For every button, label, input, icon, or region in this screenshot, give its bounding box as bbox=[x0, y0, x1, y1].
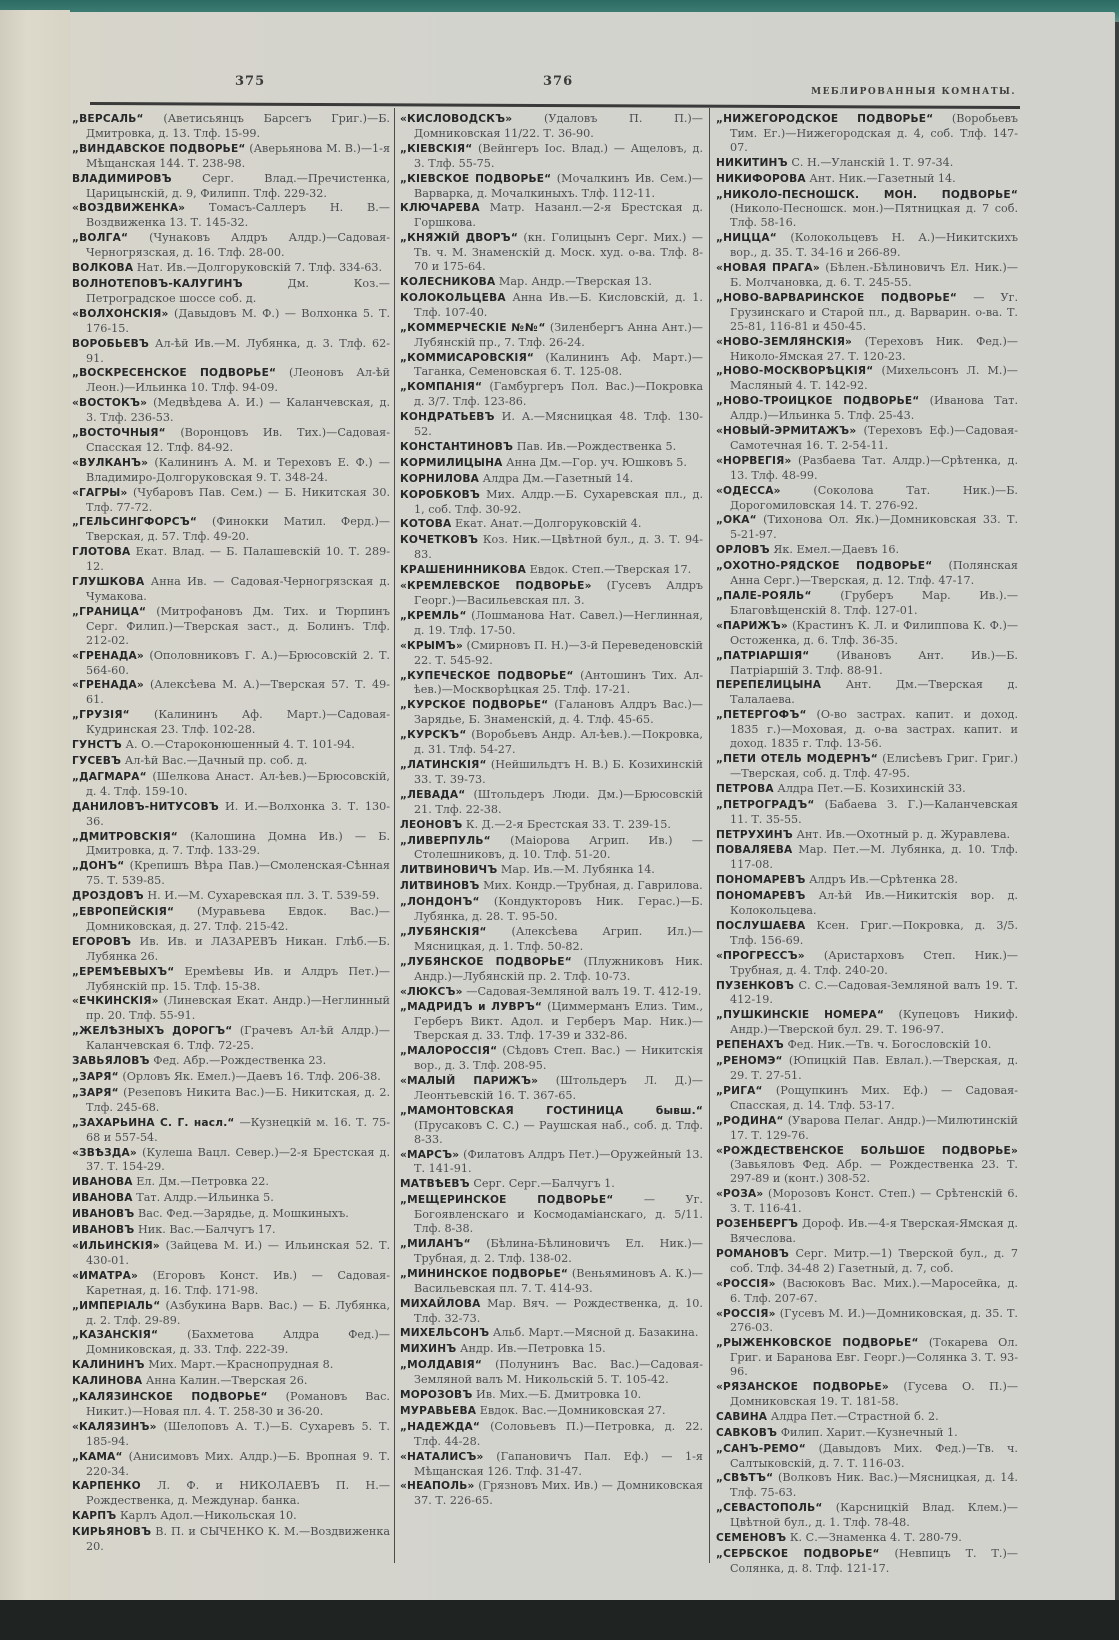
directory-entry: КАРПЪ Карлъ Адол.—Никольская 10. bbox=[72, 1509, 390, 1524]
entry-name: ЕГОРОВЪ bbox=[72, 936, 131, 948]
directory-entry: „ВИНДАВСКОЕ ПОДВОРЬЕ“ (Аверьянова М. В.)… bbox=[72, 142, 390, 171]
entry-name: „КАЛЯЗИНСКОЕ ПОДВОРЬЕ“ bbox=[72, 1391, 268, 1403]
entry-details: Анна Дм.—Гор. уч. Юшковъ 5. bbox=[506, 456, 687, 469]
directory-entry: «ИЛЬИНСКІЯ» (Зайцева М. И.) — Ильинская … bbox=[72, 1239, 390, 1268]
entry-name: ПОНОМАРЕВЪ bbox=[716, 874, 806, 886]
entry-details: (Рощупкинъ Мих. Еф.) — Садовая-Спасская,… bbox=[730, 1084, 1018, 1112]
entry-name: ПОСЛУШАЕВА bbox=[716, 920, 805, 932]
directory-entry: „ИМПЕРІАЛЬ“ (Азбукина Варв. Вас.) — Б. Л… bbox=[72, 1299, 390, 1328]
entry-details: А. О.—Староконюшенный 4. Т. 101-94. bbox=[126, 738, 355, 751]
directory-entry: РЕПЕНАХЪ Фед. Ник.—Тв. ч. Богословскій 1… bbox=[716, 1038, 1018, 1053]
directory-entry: „ЛАТИНСКІЯ“ (Нейшильдтъ Н. В.) Б. Козихи… bbox=[400, 758, 703, 787]
entry-name: НИКИФОРОВА bbox=[716, 173, 806, 185]
entry-name: ГЛОТОВА bbox=[72, 546, 130, 558]
directory-entry: „МАДРИДЪ и ЛУВРЪ“ (Циммерманъ Елиз. Тим.… bbox=[400, 1000, 703, 1043]
directory-entry: „КОМПАНІЯ“ (Гамбургеръ Пол. Вас.)—Покров… bbox=[400, 380, 703, 409]
directory-entry: НИКИФОРОВА Ант. Ник.—Газетный 14. bbox=[716, 172, 1018, 187]
entry-name: ПУЗЕНКОВЪ bbox=[716, 980, 794, 992]
entry-name: «ЕЧКИНСКІЯ» bbox=[72, 995, 159, 1007]
directory-entry: „ЛУБЯНСКІЯ“ (Алексѣева Агрип. Ил.)—Мясни… bbox=[400, 925, 703, 954]
directory-entry: СЕМЕНОВЪ К. С.—Знаменка 4. Т. 280-79. bbox=[716, 1531, 1018, 1546]
entry-details: К. С.—Знаменка 4. Т. 280-79. bbox=[790, 1531, 962, 1544]
directory-entry: „СВѢТЪ“ (Волковъ Ник. Вас.)—Мясницкая, д… bbox=[716, 1471, 1018, 1500]
entry-name: ЗАВЬЯЛОВЪ bbox=[72, 1055, 150, 1067]
entry-name: «ВОЗДВИЖЕНКА» bbox=[72, 202, 185, 214]
directory-entry: „РЕНОМЭ“ (Юпицкій Пав. Евлал.).—Тверская… bbox=[716, 1054, 1018, 1083]
entry-name: КАЛИНОВА bbox=[72, 1375, 142, 1387]
entry-name: ИВАНОВА bbox=[72, 1176, 133, 1188]
entry-name: МИХЕЛЬСОНЪ bbox=[400, 1327, 489, 1339]
directory-entry: РОЗЕНБЕРГЪ Дороф. Ив.—4-я Тверская-Ямска… bbox=[716, 1217, 1018, 1246]
entry-details: (Морозовъ Конст. Степ.) — Срѣтенскій 6. … bbox=[730, 1187, 1018, 1215]
directory-entry: ИВАНОВА Тат. Алдр.—Ильинка 5. bbox=[72, 1191, 390, 1206]
entry-details: (Завьяловъ Фед. Абр. — Рождественка 23. … bbox=[730, 1158, 1018, 1185]
directory-entry: ВОЛКОВА Нат. Ив.—Долгоруковскій 7. Тлф. … bbox=[72, 261, 390, 276]
directory-entry: КОЛЕСНИКОВА Мар. Андр.—Тверская 13. bbox=[400, 275, 703, 290]
directory-entry: «МАЛЫЙ ПАРИЖЪ» (Штольдеръ Л. Д.)—Леонтье… bbox=[400, 1074, 703, 1103]
entry-name: „ВОСТОЧНЫЯ“ bbox=[72, 427, 166, 439]
entry-name: «НОРВЕГІЯ» bbox=[716, 455, 791, 467]
entry-details: (Анисимовъ Мих. Алдр.)—Б. Вропная 9. Т. … bbox=[86, 1450, 390, 1478]
entry-name: „КОММИСАРОВСКІЯ“ bbox=[400, 352, 534, 364]
entry-name: «ОДЕССА» bbox=[716, 485, 781, 497]
directory-entry: «ГРЕНАДА» (Ополовниковъ Г. А.)—Брюсовскі… bbox=[72, 649, 390, 678]
directory-entry: ВОЛНОТЕПОВЪ-КАЛУГИНЪ Дм. Коз.—Петроградс… bbox=[72, 277, 390, 306]
entry-details: Серг. Серг.—Балчугъ 1. bbox=[473, 1177, 614, 1190]
directory-entry: „МАЛОРОССІЯ“ (Сѣдовъ Степ. Вас.) — Никит… bbox=[400, 1044, 703, 1073]
entry-name: „ГЕЛЬСИНГФОРСЪ“ bbox=[72, 516, 197, 528]
book-bottom-edge bbox=[0, 1600, 1119, 1640]
page-number-left: 375 bbox=[235, 74, 265, 89]
entry-name: „НИЖЕГОРОДСКОЕ ПОДВОРЬЕ“ bbox=[716, 113, 933, 125]
entry-details: Пав. Ив.—Рождественка 5. bbox=[517, 440, 676, 453]
directory-entry: „ЛОНДОНЪ“ (Кондукторовъ Ник. Герас.)—Б. … bbox=[400, 895, 703, 924]
entry-name: «ВУЛКАНЪ» bbox=[72, 457, 148, 469]
directory-entry: „ПАЛЕ-РОЯЛЬ“ (Груберъ Мар. Ив.).—Благовѣ… bbox=[716, 589, 1018, 618]
entry-details: Филип. Харит.—Кузнечный 1. bbox=[781, 1426, 958, 1439]
entry-name: „ПАТРІАРШІЯ“ bbox=[716, 650, 809, 662]
entry-name: «ГАГРЫ» bbox=[72, 487, 128, 499]
directory-entry: МАТВѢЕВЪ Серг. Серг.—Балчугъ 1. bbox=[400, 1177, 703, 1192]
directory-entry: «КРЫМЪ» (Смирновъ П. Н.)—3-й Переведенов… bbox=[400, 639, 703, 668]
entry-name: «ПАРИЖЪ» bbox=[716, 620, 788, 632]
entry-details: (Николо-Песношск. мон.)—Пятницкая д. 7 с… bbox=[730, 202, 1018, 229]
entry-name: ПЕТРУХИНЪ bbox=[716, 829, 793, 841]
directory-entry: „ЖЕЛѢЗНЫХЪ ДОРОГЪ“ (Грачевъ Ал-ѣй Алдр.)… bbox=[72, 1024, 390, 1053]
entry-name: ДАНИЛОВЪ-НИТУСОВЪ bbox=[72, 801, 219, 813]
entry-name: «НОВЫЙ-ЭРМИТАЖЪ» bbox=[716, 425, 856, 437]
directory-entry: ЛИТВИНОВЪ Мих. Кондр.—Трубная, д. Гаврил… bbox=[400, 879, 703, 894]
entry-name: „РЕНОМЭ“ bbox=[716, 1055, 783, 1067]
directory-entry: МИХИНЪ Андр. Ив.—Петровка 15. bbox=[400, 1342, 703, 1357]
directory-entry: «НОРВЕГІЯ» (Разбаева Тат. Алдр.)—Срѣтенк… bbox=[716, 454, 1018, 483]
entry-details: Евдок. Вас.—Домниковская 27. bbox=[480, 1404, 666, 1417]
directory-entry: „НИКОЛО-ПЕСНОШСК. МОН. ПОДВОРЬЕ“ (Николо… bbox=[716, 188, 1018, 231]
directory-entry: ПОНОМАРЕВЪ Алдръ Ив.—Срѣтенка 28. bbox=[716, 873, 1018, 888]
entry-name: «РЯЗАНСКОЕ ПОДВОРЬЕ» bbox=[716, 1381, 889, 1393]
directory-entry: ИВАНОВЪ Ник. Вас.—Балчугъ 17. bbox=[72, 1223, 390, 1238]
entry-name: «ГРЕНАДА» bbox=[72, 679, 144, 691]
directory-entry: „РЫЖЕНКОВСКОЕ ПОДВОРЬЕ“ (Токарева Ол. Гр… bbox=[716, 1336, 1018, 1379]
directory-entry: РОМАНОВЪ Серг. Митр.—1) Тверской бул., д… bbox=[716, 1247, 1018, 1276]
directory-entry: ПОНОМАРЕВЪ Ал-ѣй Ив.—Никитскія вор. д. К… bbox=[716, 889, 1018, 918]
entry-details: Ив. Ив. и ЛАЗАРЕВЪ Никан. Глѣб.—Б. Лубян… bbox=[86, 935, 390, 963]
entry-details: Фед. Абр.—Рождественка 23. bbox=[153, 1054, 326, 1067]
directory-entry: КЛЮЧАРЕВА Матр. Назанл.—2-я Брестская д.… bbox=[400, 201, 703, 230]
entry-name: ПЕТРОВА bbox=[716, 783, 774, 795]
entry-name: „ПЕТИ ОТЕЛЬ МОДЕРНЪ“ bbox=[716, 753, 878, 765]
directory-entry: «ЗВѢЗДА» (Кулеша Вацл. Север.)—2-я Брест… bbox=[72, 1146, 390, 1175]
directory-entry: КАЛИНОВА Анна Калин.—Тверская 26. bbox=[72, 1374, 390, 1389]
directory-entry: „ЗАХАРЬИНА С. Г. насл.“ —Кузнецкій м. 16… bbox=[72, 1116, 390, 1145]
directory-entry: „ПУШКИНСКІЕ НОМЕРА“ (Купецовъ Никиф. Анд… bbox=[716, 1008, 1018, 1037]
directory-entry: «ЕЧКИНСКІЯ» (Линевская Екат. Андр.)—Негл… bbox=[72, 994, 390, 1023]
directory-entry: „ГЕЛЬСИНГФОРСЪ“ (Финокки Матил. Ферд.)—Т… bbox=[72, 515, 390, 544]
column-divider bbox=[709, 108, 710, 1563]
entry-details: Як. Емел.—Даевъ 16. bbox=[773, 543, 899, 556]
entry-name: „МЕЩЕРИНСКОЕ ПОДВОРЬЕ“ bbox=[400, 1194, 614, 1206]
directory-entry: ГЛУШКОВА Анна Ив. — Садовая-Черногрязска… bbox=[72, 575, 390, 604]
entry-name: „ЛУБЯНСКІЯ“ bbox=[400, 926, 487, 938]
directory-entry: ПОВАЛЯЕВА Мар. Пет.—М. Лубянка, д. 10. Т… bbox=[716, 843, 1018, 872]
entry-name: „РОДИНА“ bbox=[716, 1115, 784, 1127]
entry-name: КОНСТАНТИНОВЪ bbox=[400, 441, 513, 453]
entry-name: КАРПЪ bbox=[72, 1510, 116, 1522]
directory-entry: „ЗАРЯ“ (Орловъ Як. Емел.)—Даевъ 16. Тлф.… bbox=[72, 1070, 390, 1085]
entry-name: „РЫЖЕНКОВСКОЕ ПОДВОРЬЕ“ bbox=[716, 1337, 919, 1349]
entry-details: (Тихонова Ол. Як.)—Домниковская 33. Т. 5… bbox=[730, 513, 1018, 541]
entry-name: „ПУШКИНСКІЕ НОМЕРА“ bbox=[716, 1009, 884, 1021]
directory-entry: КАРПЕНКО Л. Ф. и НИКОЛАЕВЪ П. Н.—Рождест… bbox=[72, 1479, 390, 1508]
entry-name: ГЛУШКОВА bbox=[72, 576, 144, 588]
entry-name: «НОВО-ЗЕМЛЯНСКІЯ» bbox=[716, 336, 852, 348]
entry-name: «ВОСТОКЪ» bbox=[72, 397, 147, 409]
directory-entry: „КАЛЯЗИНСКОЕ ПОДВОРЬЕ“ (Романовъ Вас. Ни… bbox=[72, 1390, 390, 1419]
directory-entry: „МИНИНСКОЕ ПОДВОРЬЕ“ (Веньяминовъ А. К.)… bbox=[400, 1267, 703, 1296]
directory-entry: МИХЕЛЬСОНЪ Альб. Март.—Мясной д. Базакин… bbox=[400, 1326, 703, 1341]
directory-entry: «ПРОГРЕССЪ» (Аристарховъ Степ. Ник.)—Тру… bbox=[716, 949, 1018, 978]
directory-entry: КОЧЕТКОВЪ Коз. Ник.—Цвѣтной бул., д. 3. … bbox=[400, 533, 703, 562]
entry-details: Ант. Ив.—Охотный р. д. Журавлева. bbox=[796, 828, 1010, 841]
entry-name: ПОНОМАРЕВЪ bbox=[716, 890, 806, 902]
directory-entry: «ГРЕНАДА» (Алексѣева М. А.)—Тверская 57.… bbox=[72, 678, 390, 707]
entry-name: „НОВО-МОСКВОРѢЦКІЯ“ bbox=[716, 365, 873, 377]
entry-name: ГУНСТЪ bbox=[72, 739, 122, 751]
directory-entry: САВИНА Алдра Пет.—Страстной б. 2. bbox=[716, 1410, 1018, 1425]
entry-name: „ДОНЪ“ bbox=[72, 860, 124, 872]
directory-entry: «МАРСЪ» (Филатовъ Алдръ Пет.)—Оружейный … bbox=[400, 1148, 703, 1177]
entry-name: КОРМИЛИЦЫНА bbox=[400, 457, 503, 469]
directory-entry: «НОВАЯ ПРАГА» (Бѣлен.-Бѣлиновичъ Ел. Ник… bbox=[716, 261, 1018, 290]
entry-name: „НИЦЦА“ bbox=[716, 232, 777, 244]
directory-entry: „КУРСКОЕ ПОДВОРЬЕ“ (Галановъ Алдръ Вас.)… bbox=[400, 698, 703, 727]
entry-name: ИВАНОВА bbox=[72, 1192, 133, 1204]
directory-entry: „ЕВРОПЕЙСКІЯ“ (Муравьева Евдок. Вас.)—До… bbox=[72, 905, 390, 934]
directory-entry: „КНЯЖІЙ ДВОРЪ“ (кн. Голицынъ Серг. Мих.)… bbox=[400, 231, 703, 274]
entry-name: РЕПЕНАХЪ bbox=[716, 1039, 784, 1051]
directory-entry: «РОССІЯ» (Гусевъ М. И.)—Домниковская, д.… bbox=[716, 1307, 1018, 1336]
directory-entry: ГУНСТЪ А. О.—Староконюшенный 4. Т. 101-9… bbox=[72, 738, 390, 753]
directory-entry: МОРОЗОВЪ Ив. Мих.—Б. Дмитровка 10. bbox=[400, 1388, 703, 1403]
entry-details: Тат. Алдр.—Ильинка 5. bbox=[136, 1191, 274, 1204]
directory-entry: „СЕРБСКОЕ ПОДВОРЬЕ“ (Невпицъ Т. Т.)—Соля… bbox=[716, 1547, 1018, 1576]
entry-name: «ИМАТРА» bbox=[72, 1270, 138, 1282]
entry-details: Мар. Ив.—М. Лубянка 14. bbox=[501, 863, 655, 876]
entry-name: «РОССІЯ» bbox=[716, 1278, 776, 1290]
entry-name: „ПЕТРОГРАДЪ“ bbox=[716, 799, 815, 811]
entry-name: ПЕРЕПЕЛИЦЫНА bbox=[716, 679, 821, 691]
directory-entry: КОРОБКОВЪ Мих. Алдр.—Б. Сухаревская пл.,… bbox=[400, 488, 703, 517]
entry-details: Анна Калин.—Тверская 26. bbox=[146, 1374, 308, 1387]
entry-name: „ЕРЕМѢЕВЫХЪ“ bbox=[72, 966, 174, 978]
directory-entry: «КАЛЯЗИНЪ» (Шелоповъ А. Т.)—Б. Сухаревъ … bbox=[72, 1420, 390, 1449]
entry-name: МАТВѢЕВЪ bbox=[400, 1178, 470, 1190]
directory-entry: „МИЛАНЪ“ (Бѣлина-Бѣлиновичъ Ел. Ник.)—Тр… bbox=[400, 1237, 703, 1266]
entry-details: Ал-ѣй Вас.—Дачный пр. соб. д. bbox=[125, 754, 308, 767]
entry-details: (Орловъ Як. Емел.)—Даевъ 16. Тлф. 206-38… bbox=[122, 1070, 380, 1083]
entry-name: „НОВО-ТРОИЦКОЕ ПОДВОРЬЕ“ bbox=[716, 395, 919, 407]
entry-name: КОРОБКОВЪ bbox=[400, 489, 480, 501]
entry-name: «ГРЕНАДА» bbox=[72, 650, 144, 662]
entry-details: Н. И.—М. Сухаревская пл. 3. Т. 539-59. bbox=[147, 889, 379, 902]
directory-entry: „ПАТРІАРШІЯ“ (Ивановъ Ант. Ив.)—Б. Патрі… bbox=[716, 649, 1018, 678]
entry-name: МУРАВЬЕВА bbox=[400, 1405, 476, 1417]
directory-entry: „НОВО-ВАРВАРИНСКОЕ ПОДВОРЬЕ“ — Уг. Грузи… bbox=[716, 291, 1018, 334]
directory-entry: «ЛЮКСЪ» —Садовая-Земляной валъ 19. Т. 41… bbox=[400, 985, 703, 1000]
entry-details: Ел. Дм.—Петровка 22. bbox=[136, 1175, 269, 1188]
entry-name: „МИЛАНЪ“ bbox=[400, 1238, 471, 1250]
entry-name: КАЛИНИНЪ bbox=[72, 1359, 145, 1371]
entry-name: ИВАНОВЪ bbox=[72, 1224, 134, 1236]
page-header: 375 376 МЕБЛИРОВАННЫЯ КОМНАТЫ. bbox=[70, 72, 1020, 102]
directory-entry: „КУПЕЧЕСКОЕ ПОДВОРЬЕ“ (Антошинъ Тих. Ал-… bbox=[400, 669, 703, 698]
entry-details: —Садовая-Земляной валъ 19. Т. 412-19. bbox=[466, 985, 701, 998]
directory-entry: ПОСЛУШАЕВА Ксен. Григ.—Покровка, д. 3/5.… bbox=[716, 919, 1018, 948]
entry-details: Алдра Пет.—Страстной б. 2. bbox=[771, 1410, 939, 1423]
directory-entry: „РОДИНА“ (Уварова Пелаг. Андр.)—Милютинс… bbox=[716, 1114, 1018, 1143]
entry-name: КОРНИЛОВА bbox=[400, 473, 479, 485]
entry-name: „МАМОНТОВСКАЯ ГОСТИНИЦА бывш.“ bbox=[400, 1105, 703, 1117]
entry-details: Мих. Кондр.—Трубная, д. Гаврилова. bbox=[483, 879, 703, 892]
directory-entry: ЛЕОНОВЪ К. Д.—2-я Брестская 33. Т. 239-1… bbox=[400, 818, 703, 833]
directory-entry: „ДОНЪ“ (Крепишъ Вѣра Пав.)—Смоленская-Сѣ… bbox=[72, 859, 390, 888]
directory-entry: «ИМАТРА» (Егоровъ Конст. Ив.) — Садовая-… bbox=[72, 1269, 390, 1298]
entry-name: «ЛЮКСЪ» bbox=[400, 986, 463, 998]
entry-name: КЛЮЧАРЕВА bbox=[400, 202, 480, 214]
entry-name: «ВОЛХОНСКІЯ» bbox=[72, 308, 169, 320]
entry-name: „ЕВРОПЕЙСКІЯ“ bbox=[72, 906, 174, 918]
entry-name: НИКИТИНЪ bbox=[716, 157, 788, 169]
entry-name: МОРОЗОВЪ bbox=[400, 1389, 472, 1401]
directory-entry: „РИГА“ (Рощупкинъ Мих. Еф.) — Садовая-Сп… bbox=[716, 1084, 1018, 1113]
entry-name: „ОХОТНО-РЯДСКОЕ ПОДВОРЬЕ“ bbox=[716, 560, 932, 572]
directory-entry: «НОВО-ЗЕМЛЯНСКІЯ» (Тереховъ Ник. Фед.)—Н… bbox=[716, 335, 1018, 364]
directory-entry: „САНЪ-РЕМО“ (Давыдовъ Мих. Фед.)—Тв. ч. … bbox=[716, 1442, 1018, 1471]
entry-name: „ОКА“ bbox=[716, 514, 757, 526]
directory-entry: „ПЕТЕРГОФЪ“ (О-во застрах. капит. и дохо… bbox=[716, 708, 1018, 751]
entry-name: „КУРСКЪ“ bbox=[400, 729, 467, 741]
directory-entry: КОТОВА Екат. Анат.—Долгоруковскій 4. bbox=[400, 517, 703, 532]
entry-details: Алдра Пет.—Б. Козихинскій 33. bbox=[777, 782, 965, 795]
directory-entry: «НОВЫЙ-ЭРМИТАЖЪ» (Тереховъ Еф.)—Садовая-… bbox=[716, 424, 1018, 453]
directory-entry: КОРНИЛОВА Алдра Дм.—Газетный 14. bbox=[400, 472, 703, 487]
entry-details: (Прусаковъ С. С.) — Раушская наб., соб. … bbox=[414, 1119, 703, 1146]
directory-entry: „ГРУЗІЯ“ (Калининъ Аф. Март.)—Садовая-Ку… bbox=[72, 708, 390, 737]
directory-entry: „НОВО-ТРОИЦКОЕ ПОДВОРЬЕ“ (Иванова Тат. А… bbox=[716, 394, 1018, 423]
entry-name: ВЛАДИМИРОВЪ bbox=[72, 173, 172, 185]
entry-name: „СЕРБСКОЕ ПОДВОРЬЕ“ bbox=[716, 1548, 880, 1560]
entry-name: „ЛИВЕРПУЛЬ“ bbox=[400, 835, 491, 847]
directory-entry: «ВОЗДВИЖЕНКА» Томасъ-Саллеръ Н. В.—Воздв… bbox=[72, 201, 390, 230]
column-1: „ВЕРСАЛЬ“ (Аветисьянцъ Барсегъ Григ.)—Б.… bbox=[72, 112, 390, 1555]
entry-name: „ДМИТРОВСКІЯ“ bbox=[72, 831, 178, 843]
entry-name: „НАДЕЖДА“ bbox=[400, 1421, 480, 1433]
directory-entry: „ГРАНИЦА“ (Митрофановъ Дм. Тих. и Тюрпин… bbox=[72, 605, 390, 648]
directory-entry: „НИЦЦА“ (Колокольцевъ Н. А.)—Никитскихъ … bbox=[716, 231, 1018, 260]
directory-entry: „КІЕВСКОЕ ПОДВОРЬЕ“ (Мочалкинъ Ив. Сем.)… bbox=[400, 172, 703, 201]
entry-details: (Резеповъ Никита Вас.)—Б. Никитская, д. … bbox=[86, 1086, 390, 1114]
directory-entry: ПЕРЕПЕЛИЦЫНА Ант. Дм.—Тверская д. Талала… bbox=[716, 678, 1018, 707]
entry-name: КИРЬЯНОВЪ bbox=[72, 1526, 151, 1538]
entry-details: Альб. Март.—Мясной д. Базакина. bbox=[493, 1326, 699, 1339]
entry-name: ВОРОБЬЕВЪ bbox=[72, 338, 149, 350]
entry-name: САВКОВЪ bbox=[716, 1427, 777, 1439]
directory-entry: „МОЛДАВІЯ“ (Полунинъ Вас. Вас.)—Садовая-… bbox=[400, 1358, 703, 1387]
entry-name: «ЗВѢЗДА» bbox=[72, 1147, 137, 1159]
entry-details: Мих. Март.—Краснопрудная 8. bbox=[148, 1358, 333, 1371]
entry-name: СЕМЕНОВЪ bbox=[716, 1532, 786, 1544]
directory-entry: НИКИТИНЪ С. Н.—Уланскій 1. Т. 97-34. bbox=[716, 156, 1018, 171]
directory-entry: „КОММИСАРОВСКІЯ“ (Калининъ Аф. Март.)—Та… bbox=[400, 351, 703, 380]
directory-entry: „ВОСКРЕСЕНСКОЕ ПОДВОРЬЕ“ (Леоновъ Ал-ѣй … bbox=[72, 366, 390, 395]
directory-entry: «НЕАПОЛЬ» (Грязновъ Мих. Ив.) — Домников… bbox=[400, 1479, 703, 1508]
directory-entry: «НАТАЛИСЪ» (Гапановичъ Пал. Еф.) — 1-я М… bbox=[400, 1450, 703, 1479]
directory-entry: САВКОВЪ Филип. Харит.—Кузнечный 1. bbox=[716, 1426, 1018, 1441]
entry-name: «РОЖДЕСТВЕНСКОЕ БОЛЬШОЕ ПОДВОРЬЕ» bbox=[716, 1145, 1018, 1157]
directory-entry: «РОЖДЕСТВЕНСКОЕ БОЛЬШОЕ ПОДВОРЬЕ» (Завья… bbox=[716, 1144, 1018, 1187]
entry-details: (Чунаковъ Алдръ Алдр.)—Садовая-Черногряз… bbox=[86, 231, 390, 259]
directory-entry: МИХАЙЛОВА Мар. Вяч. — Рождественка, д. 1… bbox=[400, 1297, 703, 1326]
page-number-middle: 376 bbox=[543, 74, 573, 89]
directory-entry: ЕГОРОВЪ Ив. Ив. и ЛАЗАРЕВЪ Никан. Глѣб.—… bbox=[72, 935, 390, 964]
entry-name: МИХАЙЛОВА bbox=[400, 1298, 481, 1310]
directory-entry: „НАДЕЖДА“ (Соловьевъ П.)—Петровка, д. 22… bbox=[400, 1420, 703, 1449]
entry-name: РОМАНОВЪ bbox=[716, 1248, 789, 1260]
entry-name: „ИМПЕРІАЛЬ“ bbox=[72, 1300, 160, 1312]
entry-name: „КІЕВСКІЯ“ bbox=[400, 143, 472, 155]
entry-details: Ив. Мих.—Б. Дмитровка 10. bbox=[476, 1388, 641, 1401]
entry-details: Андр. Ив.—Петровка 15. bbox=[460, 1342, 606, 1355]
entry-name: „ПЕТЕРГОФЪ“ bbox=[716, 709, 807, 721]
entry-name: КОЛЕСНИКОВА bbox=[400, 276, 495, 288]
entry-name: КОЧЕТКОВЪ bbox=[400, 534, 478, 546]
entry-name: ОРЛОВЪ bbox=[716, 544, 770, 556]
entry-details: Фед. Ник.—Тв. ч. Богословскій 10. bbox=[787, 1038, 991, 1051]
entry-name: „ЗАРЯ“ bbox=[72, 1087, 119, 1099]
entry-details: (Крепишъ Вѣра Пав.)—Смоленская-Сѣнная 75… bbox=[86, 859, 390, 887]
entry-name: ПОВАЛЯЕВА bbox=[716, 844, 792, 856]
directory-entry: КОРМИЛИЦЫНА Анна Дм.—Гор. уч. Юшковъ 5. bbox=[400, 456, 703, 471]
column-divider bbox=[394, 108, 395, 1563]
entry-details: (Волковъ Ник. Вас.)—Мясницкая, д. 14. Тл… bbox=[730, 1471, 1018, 1499]
directory-entry: ПЕТРУХИНЪ Ант. Ив.—Охотный р. д. Журавле… bbox=[716, 828, 1018, 843]
entry-name: „МАЛОРОССІЯ“ bbox=[400, 1045, 497, 1057]
directory-entry: ЛИТВИНОВИЧЪ Мар. Ив.—М. Лубянка 14. bbox=[400, 863, 703, 878]
entry-name: „ВОЛГА“ bbox=[72, 232, 128, 244]
directory-entry: КРАШЕНИННИКОВА Евдок. Степ.—Тверская 17. bbox=[400, 563, 703, 578]
directory-entry: ОРЛОВЪ Як. Емел.—Даевъ 16. bbox=[716, 543, 1018, 558]
entry-name: «НАТАЛИСЪ» bbox=[400, 1451, 484, 1463]
directory-entry: КОНДРАТЬЕВЪ И. А.—Мясницкая 48. Тлф. 130… bbox=[400, 410, 703, 439]
entry-details: Евдок. Степ.—Тверская 17. bbox=[530, 563, 692, 576]
directory-entry: ЗАВЬЯЛОВЪ Фед. Абр.—Рождественка 23. bbox=[72, 1054, 390, 1069]
entry-name: „РИГА“ bbox=[716, 1085, 763, 1097]
entry-name: «РОССІЯ» bbox=[716, 1308, 776, 1320]
directory-entry: ВОРОБЬЕВЪ Ал-ѣй Ив.—М. Лубянка, д. 3. Тл… bbox=[72, 337, 390, 366]
entry-name: „КУПЕЧЕСКОЕ ПОДВОРЬЕ“ bbox=[400, 670, 574, 682]
entry-name: «КАЛЯЗИНЪ» bbox=[72, 1421, 157, 1433]
entry-name: „ЗАХАРЬИНА С. Г. насл.“ bbox=[72, 1117, 235, 1129]
directory-entry: „КУРСКЪ“ (Воробьевъ Андр. Ал-ѣев.).—Покр… bbox=[400, 728, 703, 757]
directory-entry: ИВАНОВЪ Вас. Фед.—Зарядье, д. Мошкиныхъ. bbox=[72, 1207, 390, 1222]
entry-name: „КОМПАНІЯ“ bbox=[400, 381, 482, 393]
directory-entry: „ВОЛГА“ (Чунаковъ Алдръ Алдр.)—Садовая-Ч… bbox=[72, 231, 390, 260]
book-spine-edge bbox=[0, 10, 70, 1610]
directory-entry: «ПАРИЖЪ» (Крастинъ К. Л. и Филиппова К. … bbox=[716, 619, 1018, 648]
entry-name: ЛЕОНОВЪ bbox=[400, 819, 462, 831]
entry-name: ЛИТВИНОВИЧЪ bbox=[400, 864, 497, 876]
entry-details: К. Д.—2-я Брестская 33. Т. 239-15. bbox=[466, 818, 671, 831]
entry-name: КРАШЕНИННИКОВА bbox=[400, 564, 526, 576]
column-2: «КИСЛОВОДСКЪ» (Удаловъ П. П.)—Домниковск… bbox=[400, 112, 703, 1509]
entry-name: «НОВАЯ ПРАГА» bbox=[716, 262, 820, 274]
directory-entry: ГЛОТОВА Екат. Влад. — Б. Палашевскій 10.… bbox=[72, 545, 390, 574]
directory-entry: «ВОЛХОНСКІЯ» (Давыдовъ М. Ф.) — Волхонка… bbox=[72, 307, 390, 336]
entry-details: Екат. Влад. — Б. Палашевскій 10. Т. 289-… bbox=[86, 545, 390, 573]
directory-entry: „ДАГМАРА“ (Шелкова Анаст. Ал-ѣев.)—Брюсо… bbox=[72, 770, 390, 799]
entry-name: САВИНА bbox=[716, 1411, 767, 1423]
column-3: „НИЖЕГОРОДСКОЕ ПОДВОРЬЕ“ (Воробьевъ Тим.… bbox=[716, 112, 1018, 1577]
entry-name: «НЕАПОЛЬ» bbox=[400, 1480, 475, 1492]
entry-name: «РОЗА» bbox=[716, 1188, 763, 1200]
directory-entry: «ВОСТОКЪ» (Медвѣдева А. И.) — Каланчевск… bbox=[72, 396, 390, 425]
entry-details: Мар. Андр.—Тверская 13. bbox=[499, 275, 652, 288]
entry-name: КОЛОКОЛЬЦЕВА bbox=[400, 292, 506, 304]
directory-entry: „ВЕРСАЛЬ“ (Аветисьянцъ Барсегъ Григ.)—Б.… bbox=[72, 112, 390, 141]
entry-name: МИХИНЪ bbox=[400, 1343, 456, 1355]
entry-name: „ЛОНДОНЪ“ bbox=[400, 896, 480, 908]
directory-entry: КОНСТАНТИНОВЪ Пав. Ив.—Рождественка 5. bbox=[400, 440, 703, 455]
entry-name: КАРПЕНКО bbox=[72, 1480, 141, 1492]
directory-entry: «КРЕМЛЕВСКОЕ ПОДВОРЬЕ» (Гусевъ Алдръ Гео… bbox=[400, 579, 703, 608]
section-title: МЕБЛИРОВАННЫЯ КОМНАТЫ. bbox=[811, 87, 1016, 97]
entry-name: „КІЕВСКОЕ ПОДВОРЬЕ“ bbox=[400, 173, 551, 185]
directory-entry: ПУЗЕНКОВЪ С. С.—Садовая-Земляной валъ 19… bbox=[716, 979, 1018, 1008]
entry-details: Ник. Вас.—Балчугъ 17. bbox=[138, 1223, 276, 1236]
directory-entry: ДРОЗДОВЪ Н. И.—М. Сухаревская пл. 3. Т. … bbox=[72, 889, 390, 904]
directory-entry: КАЛИНИНЪ Мих. Март.—Краснопрудная 8. bbox=[72, 1358, 390, 1373]
entry-name: „ГРАНИЦА“ bbox=[72, 606, 146, 618]
entry-details: Нат. Ив.—Долгоруковскій 7. Тлф. 334-63. bbox=[137, 261, 382, 274]
directory-entry: «РЯЗАНСКОЕ ПОДВОРЬЕ» (Гусева О. П.)—Домн… bbox=[716, 1380, 1018, 1409]
entry-details: Ант. Ник.—Газетный 14. bbox=[809, 172, 955, 185]
entry-name: „СВѢТЪ“ bbox=[716, 1472, 773, 1484]
directory-entry: ГУСЕВЪ Ал-ѣй Вас.—Дачный пр. соб. д. bbox=[72, 754, 390, 769]
directory-entry: «ОДЕССА» (Соколова Тат. Ник.)—Б. Дорогом… bbox=[716, 484, 1018, 513]
directory-entry: „СЕВАСТОПОЛЬ“ (Карсницкій Влад. Клем.)—Ц… bbox=[716, 1501, 1018, 1530]
entry-details: Карлъ Адол.—Никольская 10. bbox=[120, 1509, 297, 1522]
entry-name: „МИНИНСКОЕ ПОДВОРЬЕ“ bbox=[400, 1268, 568, 1280]
